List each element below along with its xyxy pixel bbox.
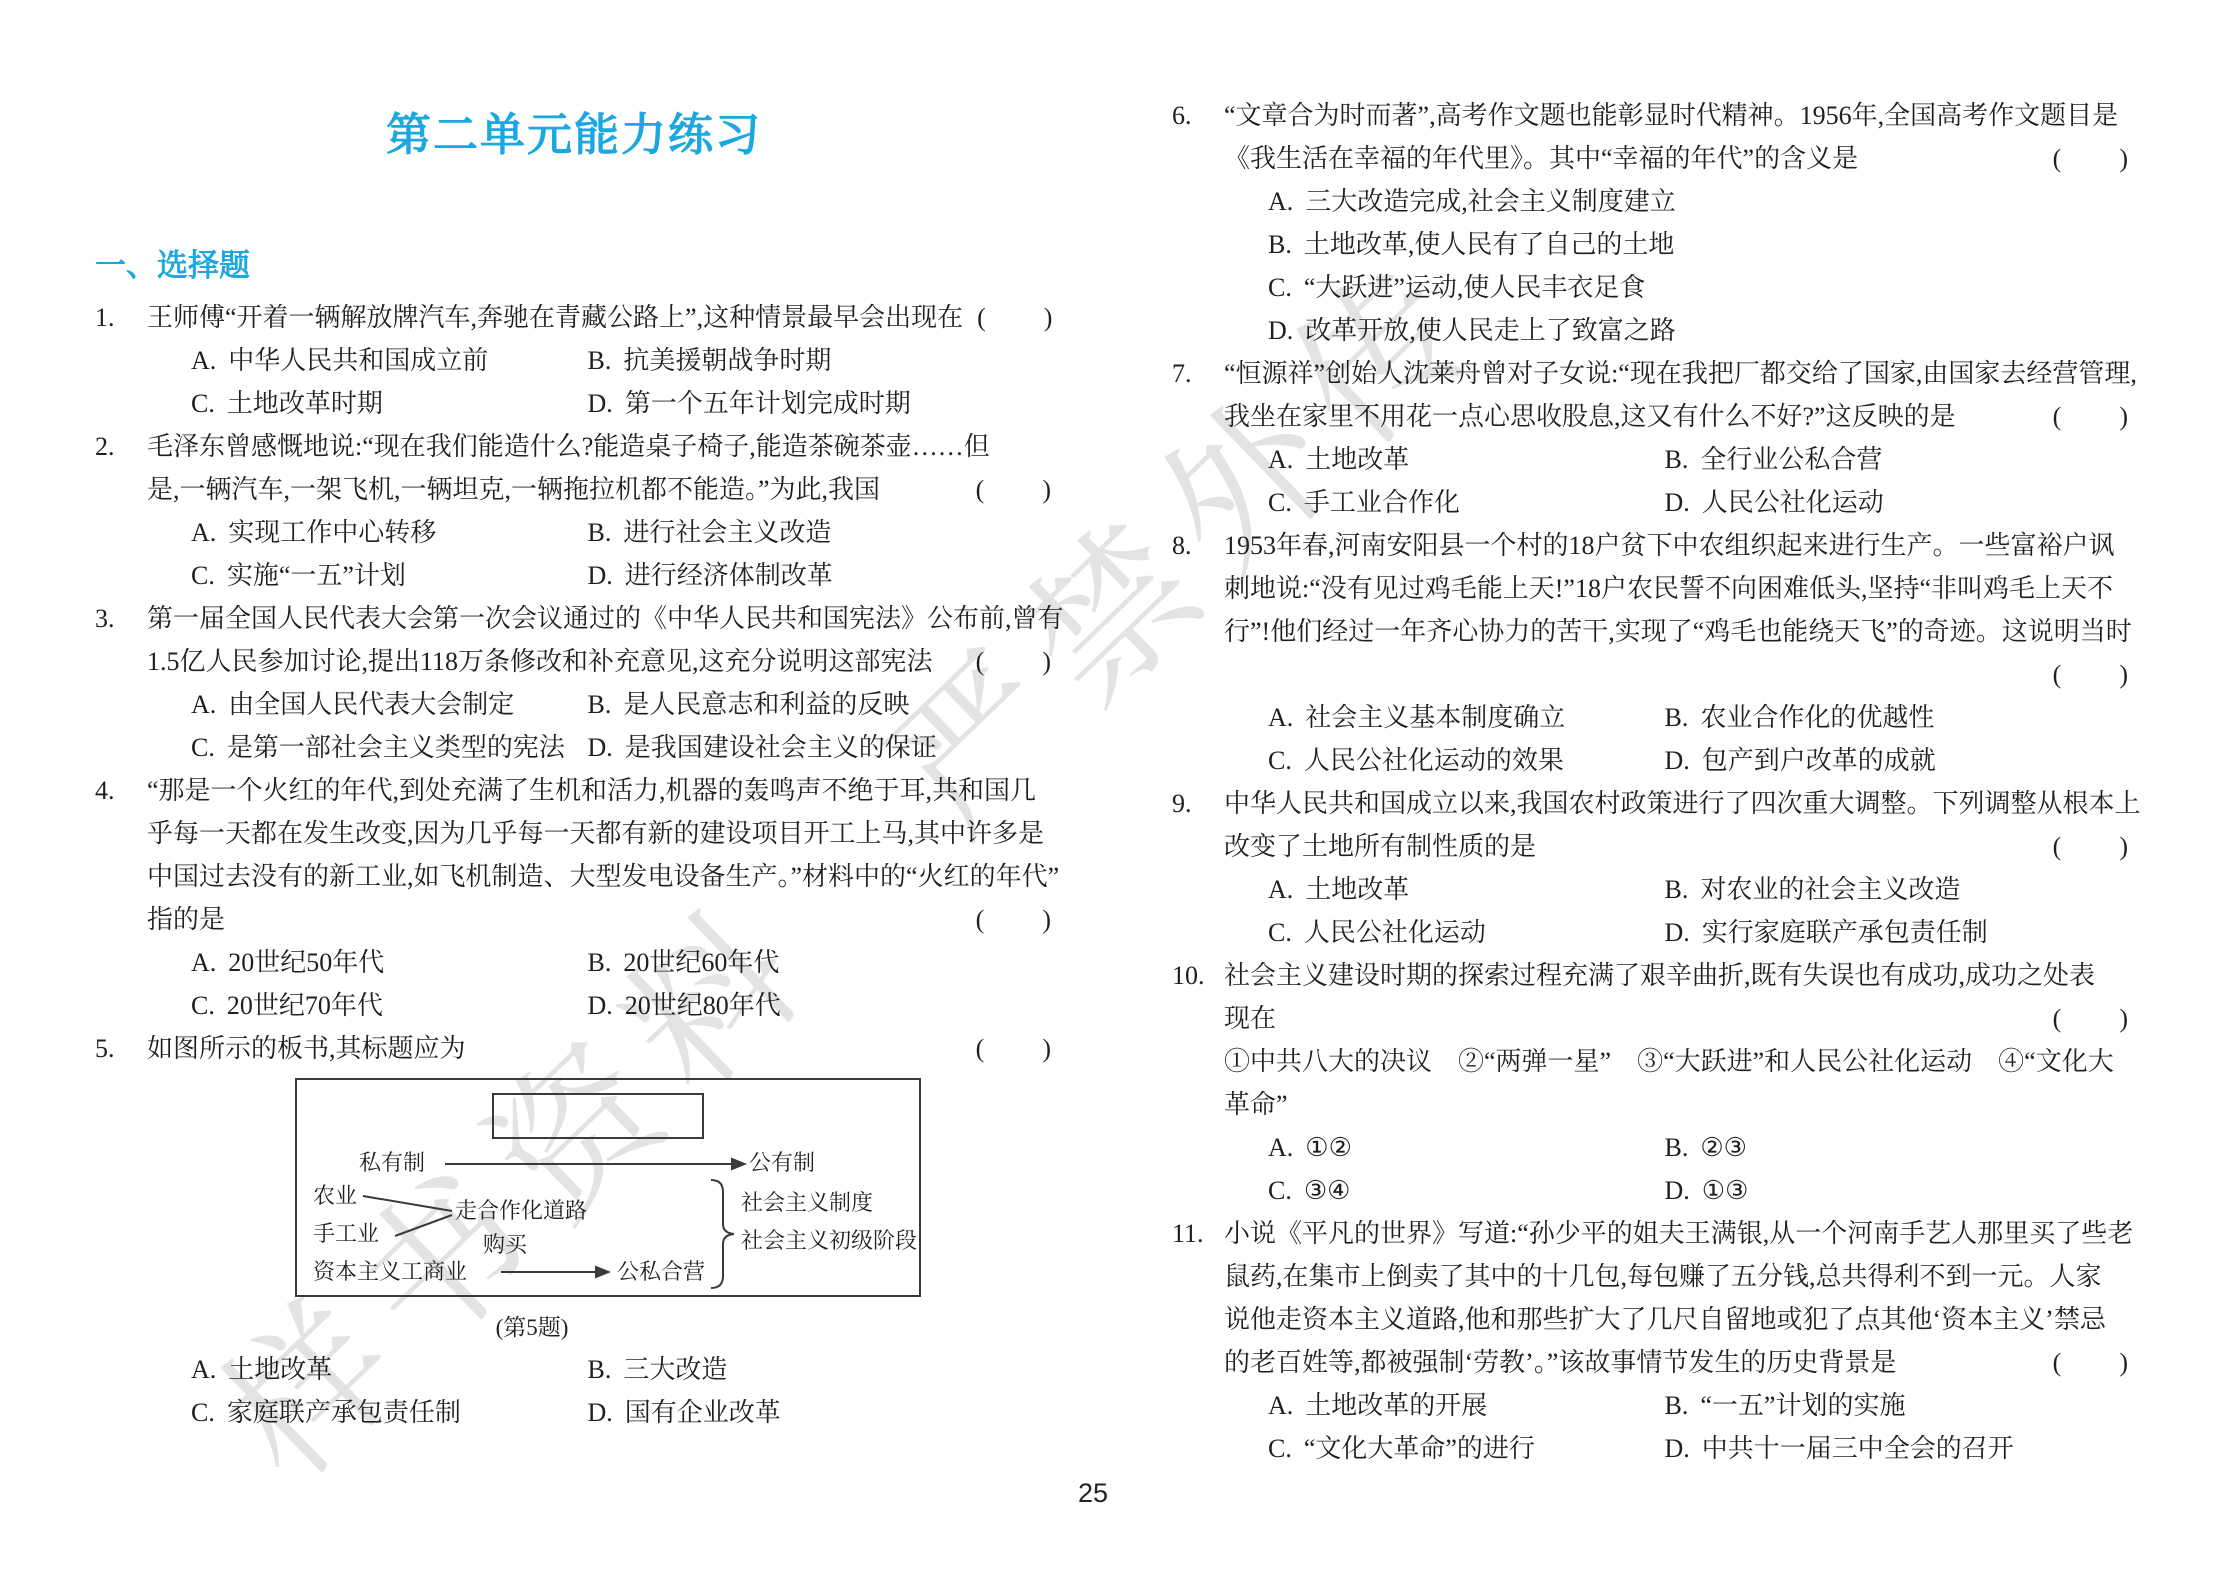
answer-blank: ( ) [976,468,1053,511]
question-line: 指的是( ) [147,898,1053,941]
question-number: 6. [1172,94,1224,137]
option-text: 是第一部社会主义类型的宪法 [227,733,565,762]
option-row: C.实施“一五”计划D.进行经济体制改革 [147,554,1053,597]
option-row: C.家庭联产承包责任制D.国有企业改革 [147,1391,1053,1434]
option-label: C. [191,733,215,762]
question-text: 1953年春,河南安阳县一个村的18户贫下中农组织起来进行生产。一些富裕户讽 [1224,524,2115,567]
question-line: 1.5亿人民参加讨论,提出118万条修改和补充意见,这充分说明这部宪法( ) [147,640,1053,683]
option-D: D.是我国建设社会主义的保证 [588,726,1053,769]
question-3: 3.第一届全国人民代表大会第一次会议通过的《中华人民共和国宪法》公布前,曾有1.… [95,597,1053,769]
option-label: D. [1665,488,1690,517]
option-label: A. [1268,703,1293,732]
answer-blank: ( ) [2053,825,2130,868]
question-text: 毛泽东曾感慨地说:“现在我们能造什么?能造桌子椅子,能造茶碗茶壶……但 [147,425,990,468]
question-text: “那是一个火红的年代,到处充满了生机和活力,机器的轰鸣声不绝于耳,共和国几 [147,769,1036,812]
option-A: A.土地改革 [1268,868,1665,911]
option-C: C.手工业合作化 [1268,481,1665,524]
figure-label-buy: 购买 [483,1232,527,1258]
option-text: 土地改革的开展 [1305,1391,1487,1420]
option-text: “一五”计划的实施 [1700,1391,1905,1420]
option-A: A.实现工作中心转移 [191,511,588,554]
option-text: 社会主义基本制度确立 [1305,703,1565,732]
option-row: A.土地改革的开展B.“一五”计划的实施 [1224,1384,2130,1427]
option-text: 20世纪50年代 [228,948,384,977]
option-A: A.土地改革 [191,1348,588,1391]
question-line: 乎每一天都在发生改变,因为几乎每一天都有新的建设项目开工上马,其中许多是 [147,812,1053,855]
option-C: C.③④ [1268,1169,1665,1212]
option-text: 中共十一届三中全会的召开 [1702,1434,2014,1463]
question-9: 9.中华人民共和国成立以来,我国农村政策进行了四次重大调整。下列调整从根本上改变… [1172,782,2130,954]
option-text: 20世纪60年代 [623,948,779,977]
question-line: “恒源祥”创始人沈莱舟曾对子女说:“现在我把厂都交给了国家,由国家去经营管理, [1224,352,2130,395]
option-D: D.改革开放,使人民走上了致富之路 [1224,309,2130,352]
option-row: C.土地改革时期D.第一个五年计划完成时期 [147,382,1053,425]
question-11: 11.小说《平凡的世界》写道:“孙少平的姐夫王满银,从一个河南手艺人那里买了些老… [1172,1212,2130,1470]
question-line: 鼠药,在集市上倒卖了其中的十几包,每包赚了五分钱,总共得利不到一元。人家 [1224,1255,2130,1298]
question-number: 8. [1172,524,1224,567]
option-label: A. [1268,1391,1293,1420]
option-label: D. [1665,1176,1690,1205]
option-text: 家庭联产承包责任制 [227,1398,461,1427]
question-number: 4. [95,769,147,812]
option-text: 三大改造 [623,1355,727,1384]
option-label: B. [588,690,612,719]
option-A: A.由全国人民代表大会制定 [191,683,588,726]
option-row: A.社会主义基本制度确立B.农业合作化的优越性 [1224,696,2130,739]
option-A: A.三大改造完成,社会主义制度建立 [1224,180,2130,223]
option-C: C.家庭联产承包责任制 [191,1391,588,1434]
option-label: B. [588,948,612,977]
option-label: D. [588,561,613,590]
question-4: 4.“那是一个火红的年代,到处充满了生机和活力,机器的轰鸣声不绝于耳,共和国几乎… [95,769,1053,1027]
question-text: 中华人民共和国成立以来,我国农村政策进行了四次重大调整。下列调整从根本上 [1224,782,2141,825]
option-text: 对农业的社会主义改造 [1700,875,1960,904]
option-C: C.人民公社化运动 [1268,911,1665,954]
option-label: C. [191,389,215,418]
page-title: 第二单元能力练习 [95,98,1053,163]
question-line: 毛泽东曾感慨地说:“现在我们能造什么?能造桌子椅子,能造茶碗茶壶……但 [147,425,1053,468]
option-A: A.社会主义基本制度确立 [1268,696,1665,739]
option-row: C.是第一部社会主义类型的宪法D.是我国建设社会主义的保证 [147,726,1053,769]
question-text: 刺地说:“没有见过鸡毛能上天!”18户农民誓不向困难低头,坚持“非叫鸡毛上天不 [1224,567,2113,610]
option-label: D. [1268,316,1293,345]
question-line: 行”!他们经过一年齐心协力的苦干,实现了“鸡毛也能绕天飞”的奇迹。这说明当时 [1224,610,2130,653]
option-text: 中华人民共和国成立前 [228,346,488,375]
question-text: 社会主义建设时期的探索过程充满了艰辛曲折,既有失误也有成功,成功之处表 [1224,954,2095,997]
question-number: 5. [95,1027,147,1070]
question-line: 是,一辆汽车,一架飞机,一辆坦克,一辆拖拉机都不能造。”为此,我国( ) [147,468,1053,511]
question-line: 小说《平凡的世界》写道:“孙少平的姐夫王满银,从一个河南手艺人那里买了些老 [1224,1212,2130,1255]
option-label: C. [1268,1434,1292,1463]
option-label: C. [191,991,215,1020]
option-B: B.对农业的社会主义改造 [1665,868,2130,911]
option-row: A.土地改革B.对农业的社会主义改造 [1224,868,2130,911]
option-row: C.手工业合作化D.人民公社化运动 [1224,481,2130,524]
option-text: ①② [1305,1133,1352,1162]
section-heading: 一、选择题 [95,240,250,285]
option-label: D. [1665,746,1690,775]
option-label: B. [588,346,612,375]
option-label: D. [588,991,613,1020]
option-A: A.20世纪50年代 [191,941,588,984]
option-A: A.中华人民共和国成立前 [191,339,588,382]
figure-title-box [492,1093,704,1139]
option-text: 实施“一五”计划 [227,561,406,590]
option-text: 第一个五年计划完成时期 [625,389,911,418]
option-label: C. [1268,273,1292,302]
question-line: 王师傅“开着一辆解放牌汽车,奔驰在青藏公路上”,这种情景最早会出现在( ) [147,296,1053,339]
question-body: 中华人民共和国成立以来,我国农村政策进行了四次重大调整。下列调整从根本上改变了土… [1224,782,2130,954]
question-line: 《我生活在幸福的年代里》。其中“幸福的年代”的含义是( ) [1224,137,2130,180]
figure-label-agriculture: 农业 [313,1183,357,1209]
question-7: 7.“恒源祥”创始人沈莱舟曾对子女说:“现在我把厂都交给了国家,由国家去经营管理… [1172,352,2130,524]
question-10: 10.社会主义建设时期的探索过程充满了艰辛曲折,既有失误也有成功,成功之处表现在… [1172,954,2130,1212]
option-text: 土地改革 [1305,445,1409,474]
question-text: 说他走资本主义道路,他和那些扩大了几尺自留地或犯了点其他‘资本主义’禁忌 [1224,1298,2106,1341]
question-text: 指的是 [147,898,225,941]
question-body: 小说《平凡的世界》写道:“孙少平的姐夫王满银,从一个河南手艺人那里买了些老鼠药,… [1224,1212,2130,1470]
option-label: A. [1268,875,1293,904]
option-label: A. [191,1355,216,1384]
question-text: ①中共八大的决议 ②“两弹一星” ③“大跃进”和人民公社化运动 ④“文化大 [1224,1040,2114,1083]
option-label: C. [191,561,215,590]
option-label: D. [588,389,613,418]
answer-blank: ( ) [2053,137,2130,180]
option-label: B. [1665,875,1689,904]
question-2: 2.毛泽东曾感慨地说:“现在我们能造什么?能造桌子椅子,能造茶碗茶壶……但是,一… [95,425,1053,597]
option-label: B. [1665,1391,1689,1420]
option-text: 国有企业改革 [625,1398,781,1427]
question-text: 中国过去没有的新工业,如飞机制造、大型发电设备生产。”材料中的“火红的年代” [147,855,1059,898]
question5-figure: 私有制 公有制 农业 手工业 走合作化道路 购买 资本主义工商业 公私合营 社会… [147,1078,937,1342]
question-line: 如图所示的板书,其标题应为( ) [147,1027,1053,1070]
option-label: A. [1268,187,1293,216]
question-body: “那是一个火红的年代,到处充满了生机和活力,机器的轰鸣声不绝于耳,共和国几乎每一… [147,769,1053,1027]
option-row: A.20世纪50年代B.20世纪60年代 [147,941,1053,984]
option-row: C.20世纪70年代D.20世纪80年代 [147,984,1053,1027]
figure-label-socialist-system: 社会主义制度 [741,1190,873,1216]
question-body: 社会主义建设时期的探索过程充满了艰辛曲折,既有失误也有成功,成功之处表现在( )… [1224,954,2130,1212]
question-number: 3. [95,597,147,640]
option-row: A.中华人民共和国成立前B.抗美援朝战争时期 [147,339,1053,382]
option-label: B. [588,518,612,547]
option-text: 是人民意志和利益的反映 [623,690,909,719]
option-C: C.实施“一五”计划 [191,554,588,597]
option-C: C.“文化大革命”的进行 [1268,1427,1665,1470]
question-line: 第一届全国人民代表大会第一次会议通过的《中华人民共和国宪法》公布前,曾有 [147,597,1053,640]
option-D: D.人民公社化运动 [1665,481,2130,524]
option-text: 手工业合作化 [1304,488,1460,517]
option-row: C.人民公社化运动的效果D.包产到户改革的成就 [1224,739,2130,782]
option-row: A.①②B.②③ [1224,1126,2130,1169]
question-line: “文章合为时而著”,高考作文题也能彰显时代精神。1956年,全国高考作文题目是 [1224,94,2130,137]
option-text: 20世纪80年代 [625,991,781,1020]
figure-caption: (第5题) [147,1309,917,1342]
page-number: 25 [1078,1478,1108,1509]
option-row: A.土地改革B.全行业公私合营 [1224,438,2130,481]
option-D: D.实行家庭联产承包责任制 [1665,911,2130,954]
option-text: 进行社会主义改造 [623,518,831,547]
option-text: 改革开放,使人民走上了致富之路 [1305,316,1676,345]
question-text: “恒源祥”创始人沈莱舟曾对子女说:“现在我把厂都交给了国家,由国家去经营管理, [1224,352,2137,395]
question-line: ( ) [1224,653,2130,696]
question-text: 我坐在家里不用花一点心思收股息,这又有什么不好?”这反映的是 [1224,395,1956,438]
question-text: 行”!他们经过一年齐心协力的苦干,实现了“鸡毛也能绕天飞”的奇迹。这说明当时 [1224,610,2132,653]
option-label: A. [191,948,216,977]
answer-blank: ( ) [976,1027,1053,1070]
question-text: 鼠药,在集市上倒卖了其中的十几包,每包赚了五分钱,总共得利不到一元。人家 [1224,1255,2102,1298]
option-B: B.抗美援朝战争时期 [588,339,1053,382]
question-line: ①中共八大的决议 ②“两弹一星” ③“大跃进”和人民公社化运动 ④“文化大 [1224,1040,2130,1083]
question-number: 1. [95,296,147,339]
question-body: 1953年春,河南安阳县一个村的18户贫下中农组织起来进行生产。一些富裕户讽刺地… [1224,524,2130,782]
question-text: 王师傅“开着一辆解放牌汽车,奔驰在青藏公路上”,这种情景最早会出现在 [147,296,963,339]
question-1: 1.王师傅“开着一辆解放牌汽车,奔驰在青藏公路上”,这种情景最早会出现在( )A… [95,296,1053,425]
figure-label-capitalist: 资本主义工商业 [313,1259,467,1285]
option-B: B.②③ [1665,1126,2130,1169]
option-D: D.国有企业改革 [588,1391,1053,1434]
option-text: 20世纪70年代 [227,991,383,1020]
option-C: C.人民公社化运动的效果 [1268,739,1665,782]
option-C: C.是第一部社会主义类型的宪法 [191,726,588,769]
question-line: 改变了土地所有制性质的是( ) [1224,825,2130,868]
option-text: “文化大革命”的进行 [1304,1434,1535,1463]
answer-blank: ( ) [2053,653,2130,696]
question-body: “文章合为时而著”,高考作文题也能彰显时代精神。1956年,全国高考作文题目是《… [1224,94,2130,352]
option-D: D.进行经济体制改革 [588,554,1053,597]
question-text: 现在 [1224,997,1276,1040]
question-text: 《我生活在幸福的年代里》。其中“幸福的年代”的含义是 [1224,137,1858,180]
option-A: A.土地改革的开展 [1268,1384,1665,1427]
option-row: C.人民公社化运动D.实行家庭联产承包责任制 [1224,911,2130,954]
option-label: C. [1268,488,1292,517]
option-text: 人民公社化运动 [1304,918,1486,947]
question-5: 5.如图所示的板书,其标题应为( ) 私有制 公有制 农业 手工业 走合作化道路 [95,1027,1053,1434]
column-right: 6.“文章合为时而著”,高考作文题也能彰显时代精神。1956年,全国高考作文题目… [1172,94,2130,1470]
option-C: C.20世纪70年代 [191,984,588,1027]
option-row: A.由全国人民代表大会制定B.是人民意志和利益的反映 [147,683,1053,726]
option-text: “大跃进”运动,使人民丰衣足食 [1304,273,1646,302]
option-text: 三大改造完成,社会主义制度建立 [1305,187,1676,216]
question-6: 6.“文章合为时而著”,高考作文题也能彰显时代精神。1956年,全国高考作文题目… [1172,94,2130,352]
question-text: 革命” [1224,1083,1288,1126]
question-line: 说他走资本主义道路,他和那些扩大了几尺自留地或犯了点其他‘资本主义’禁忌 [1224,1298,2130,1341]
option-text: ③④ [1304,1176,1351,1205]
option-C: C.土地改革时期 [191,382,588,425]
option-text: 人民公社化运动的效果 [1304,746,1564,775]
option-text: ②③ [1700,1133,1747,1162]
option-B: B.全行业公私合营 [1665,438,2130,481]
question-body: 毛泽东曾感慨地说:“现在我们能造什么?能造桌子椅子,能造茶碗茶壶……但是,一辆汽… [147,425,1053,597]
question-line: 社会主义建设时期的探索过程充满了艰辛曲折,既有失误也有成功,成功之处表 [1224,954,2130,997]
option-label: A. [191,518,216,547]
option-label: A. [1268,445,1293,474]
column-left: 1.王师傅“开着一辆解放牌汽车,奔驰在青藏公路上”,这种情景最早会出现在( )A… [95,296,1053,1434]
option-label: A. [191,690,216,719]
question-line: 1953年春,河南安阳县一个村的18户贫下中农组织起来进行生产。一些富裕户讽 [1224,524,2130,567]
workbook-page: 样书资料 严禁外传 第二单元能力练习 一、选择题 1.王师傅“开着一辆解放牌汽车… [0,0,2220,1571]
question-8: 8.1953年春,河南安阳县一个村的18户贫下中农组织起来进行生产。一些富裕户讽… [1172,524,2130,782]
question-text: 的老百姓等,都被强制‘劳教’。”该故事情节发生的历史背景是 [1224,1341,1896,1384]
option-text: 全行业公私合营 [1700,445,1882,474]
answer-blank: ( ) [2053,1341,2130,1384]
option-A: A.①② [1268,1126,1665,1169]
option-text: ①③ [1702,1176,1749,1205]
option-text: 包产到户改革的成就 [1702,746,1936,775]
option-text: 土地改革 [1305,875,1409,904]
option-text: 土地改革,使人民有了自己的土地 [1304,230,1675,259]
option-B: B.土地改革,使人民有了自己的土地 [1224,223,2130,266]
option-text: 进行经济体制改革 [625,561,833,590]
option-D: D.①③ [1665,1169,2130,1212]
option-label: B. [1665,703,1689,732]
question-body: “恒源祥”创始人沈莱舟曾对子女说:“现在我把厂都交给了国家,由国家去经营管理,我… [1224,352,2130,524]
answer-blank: ( ) [976,640,1053,683]
question-number: 7. [1172,352,1224,395]
option-row: C.“文化大革命”的进行D.中共十一届三中全会的召开 [1224,1427,2130,1470]
option-label: D. [1665,1434,1690,1463]
question-line: 刺地说:“没有见过鸡毛能上天!”18户农民誓不向困难低头,坚持“非叫鸡毛上天不 [1224,567,2130,610]
question-text: 改变了土地所有制性质的是 [1224,825,1536,868]
question-line: 的老百姓等,都被强制‘劳教’。”该故事情节发生的历史背景是( ) [1224,1341,2130,1384]
option-text: 由全国人民代表大会制定 [228,690,514,719]
option-B: B.是人民意志和利益的反映 [588,683,1053,726]
option-label: D. [1665,918,1690,947]
option-B: B.进行社会主义改造 [588,511,1053,554]
option-B: B.“一五”计划的实施 [1665,1384,2130,1427]
option-text: 是我国建设社会主义的保证 [625,733,937,762]
option-row: A.土地改革B.三大改造 [147,1348,1053,1391]
question-line: 革命” [1224,1083,2130,1126]
option-label: B. [1665,445,1689,474]
question-line: 中华人民共和国成立以来,我国农村政策进行了四次重大调整。下列调整从根本上 [1224,782,2130,825]
answer-blank: ( ) [2053,395,2130,438]
blackboard-diagram: 私有制 公有制 农业 手工业 走合作化道路 购买 资本主义工商业 公私合营 社会… [295,1078,921,1297]
question-number: 11. [1172,1212,1224,1255]
question-text: 1.5亿人民参加讨论,提出118万条修改和补充意见,这充分说明这部宪法 [147,640,933,683]
option-text: 人民公社化运动 [1702,488,1884,517]
question-number: 9. [1172,782,1224,825]
figure-label-coop-path: 走合作化道路 [455,1198,587,1224]
question-body: 第一届全国人民代表大会第一次会议通过的《中华人民共和国宪法》公布前,曾有1.5亿… [147,597,1053,769]
option-label: A. [191,346,216,375]
option-D: D.第一个五年计划完成时期 [588,382,1053,425]
option-label: C. [1268,746,1292,775]
option-C: C.“大跃进”运动,使人民丰衣足食 [1224,266,2130,309]
option-text: 抗美援朝战争时期 [623,346,831,375]
option-label: B. [588,1355,612,1384]
option-label: D. [588,1398,613,1427]
question-number: 10. [1172,954,1224,997]
option-text: 实现工作中心转移 [228,518,436,547]
option-row: A.实现工作中心转移B.进行社会主义改造 [147,511,1053,554]
question-text: 小说《平凡的世界》写道:“孙少平的姐夫王满银,从一个河南手艺人那里买了些老 [1224,1212,2133,1255]
answer-blank: ( ) [977,296,1054,339]
option-label: D. [588,733,613,762]
question-body: 如图所示的板书,其标题应为( ) 私有制 公有制 农业 手工业 走合作化道路 购 [147,1027,1053,1434]
figure-label-handicraft: 手工业 [313,1221,379,1247]
question-text: 是,一辆汽车,一架飞机,一辆坦克,一辆拖拉机都不能造。”为此,我国 [147,468,880,511]
option-label: C. [191,1398,215,1427]
answer-blank: ( ) [2053,997,2130,1040]
option-label: A. [1268,1133,1293,1162]
answer-blank: ( ) [976,898,1053,941]
figure-label-public: 公有制 [749,1150,815,1176]
option-B: B.20世纪60年代 [588,941,1053,984]
option-D: D.20世纪80年代 [588,984,1053,1027]
question-line: 中国过去没有的新工业,如飞机制造、大型发电设备生产。”材料中的“火红的年代” [147,855,1053,898]
question-line: 现在( ) [1224,997,2130,1040]
option-text: 土地改革 [228,1355,332,1384]
figure-label-joint: 公私合营 [617,1259,705,1285]
option-text: 农业合作化的优越性 [1700,703,1934,732]
option-D: D.中共十一届三中全会的召开 [1665,1427,2130,1470]
question-line: 我坐在家里不用花一点心思收股息,这又有什么不好?”这反映的是( ) [1224,395,2130,438]
question-body: 王师傅“开着一辆解放牌汽车,奔驰在青藏公路上”,这种情景最早会出现在( )A.中… [147,296,1053,425]
option-label: C. [1268,918,1292,947]
question-text: 乎每一天都在发生改变,因为几乎每一天都有新的建设项目开工上马,其中许多是 [147,812,1044,855]
question-text: 第一届全国人民代表大会第一次会议通过的《中华人民共和国宪法》公布前,曾有 [147,597,1064,640]
question-line: “那是一个火红的年代,到处充满了生机和活力,机器的轰鸣声不绝于耳,共和国几 [147,769,1053,812]
question-text: 如图所示的板书,其标题应为 [147,1027,466,1070]
option-B: B.三大改造 [588,1348,1053,1391]
option-B: B.农业合作化的优越性 [1665,696,2130,739]
option-D: D.包产到户改革的成就 [1665,739,2130,782]
option-label: B. [1665,1133,1689,1162]
option-row: C.③④D.①③ [1224,1169,2130,1212]
option-label: C. [1268,1176,1292,1205]
figure-label-primary-stage: 社会主义初级阶段 [741,1228,917,1254]
option-A: A.土地改革 [1268,438,1665,481]
option-text: 实行家庭联产承包责任制 [1702,918,1988,947]
question-text: “文章合为时而著”,高考作文题也能彰显时代精神。1956年,全国高考作文题目是 [1224,94,2118,137]
figure-label-private: 私有制 [359,1150,425,1176]
option-text: 土地改革时期 [227,389,383,418]
option-label: B. [1268,230,1292,259]
question-number: 2. [95,425,147,468]
